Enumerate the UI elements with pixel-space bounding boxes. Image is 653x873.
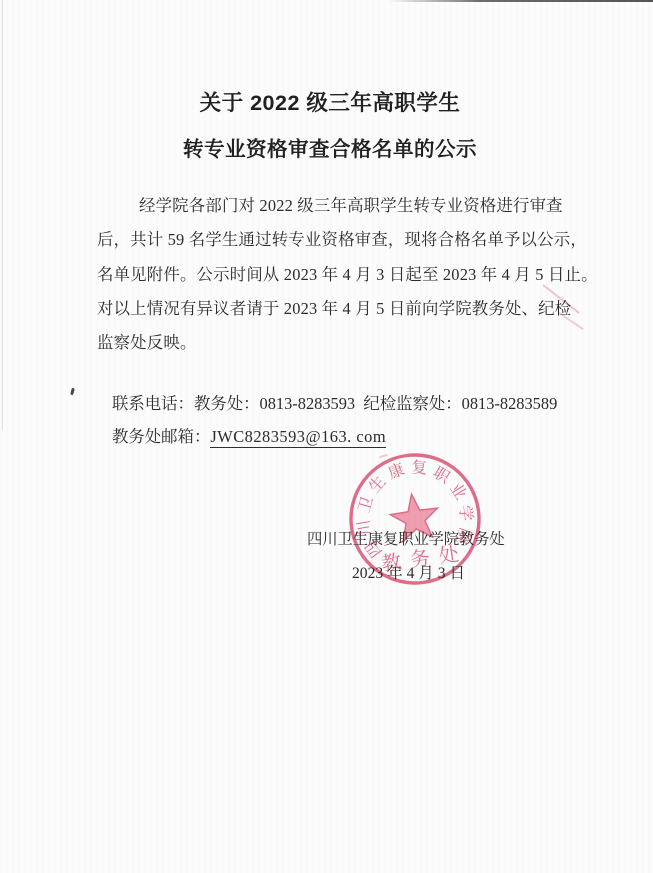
notice-title-line2: 转专业资格审查合格名单的公示 (90, 132, 570, 162)
body-line: 名单见附件。公示时间从 2023 年 4 月 3 日起至 2023 年 4 月 … (97, 258, 583, 292)
official-seal: 四川卫生康复职业学院 教务处 (319, 423, 511, 615)
contact-phone-line: 联系电话：教务处：0813-8283593 纪检监察处：0813-8283589 (112, 387, 557, 420)
notice-body: 经学院各部门对 2022 级三年高职学生转专业资格进行审查 后，共计 59 名学… (97, 189, 583, 360)
signature-org: 四川卫生康复职业学院教务处 (307, 527, 504, 549)
scan-edge-artifact-left (2, 0, 3, 430)
scan-speck-artifact (70, 388, 75, 396)
signature-date: 2023 年 4 月 3 日 (352, 561, 465, 583)
body-line: 监察处反映。 (97, 326, 583, 360)
email-label: 教务处邮箱： (112, 427, 210, 446)
notice-document: 关于 2022 级三年高职学生 转专业资格审查合格名单的公示 经学院各部门对 2… (0, 0, 653, 873)
body-line: 后，共计 59 名学生通过转专业资格审查，现将合格名单予以公示， (97, 223, 583, 257)
notice-title-line1: 关于 2022 级三年高职学生 (90, 86, 570, 117)
body-line: 经学院各部门对 2022 级三年高职学生转专业资格进行审查 (97, 189, 583, 223)
contact-info: 联系电话：教务处：0813-8283593 纪检监察处：0813-8283589… (112, 387, 557, 453)
body-line: 对以上情况有异议者请于 2023 年 4 月 5 日前向学院教务处、纪检 (97, 292, 583, 326)
scan-edge-artifact-top (388, 0, 653, 2)
